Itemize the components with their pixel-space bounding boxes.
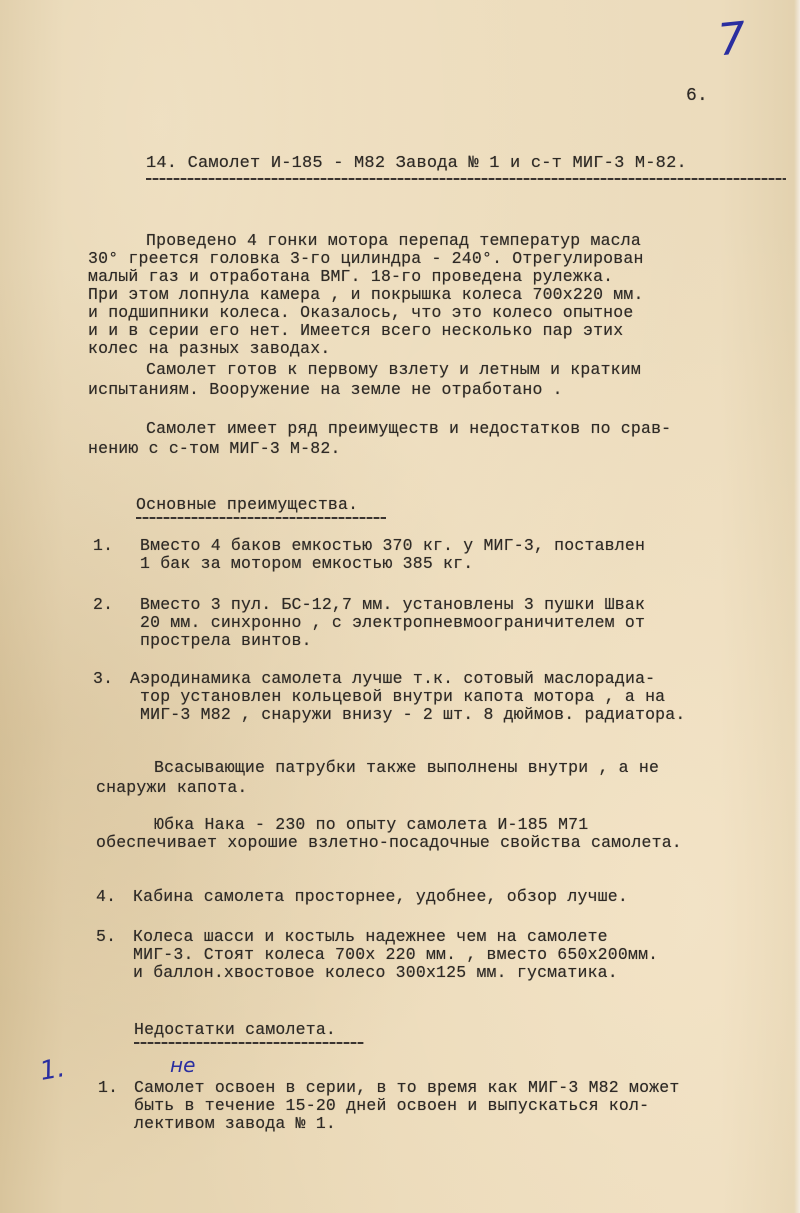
text-line: Самолет имеет ряд преимуществ и недостат… bbox=[146, 420, 671, 437]
handwritten-insertion-ne: не bbox=[170, 1053, 195, 1077]
text-line: и баллон.хвостовое колесо 300х125 мм. гу… bbox=[133, 964, 618, 981]
handwritten-margin-number: 1. bbox=[38, 1053, 68, 1087]
text-line: МИГ-3. Стоят колеса 700х 220 мм. , вмест… bbox=[133, 946, 658, 963]
text-line: 1 бак за мотором емкостью 385 кг. bbox=[140, 555, 473, 572]
text-line: Колеса шасси и костыль надежнее чем на с… bbox=[133, 928, 608, 945]
text-line: лективом завода № 1. bbox=[134, 1115, 336, 1132]
text-line: и подшипники колеса. Оказалось, что это … bbox=[88, 304, 634, 321]
disadvantages-heading-underline bbox=[134, 1042, 364, 1044]
page-edge bbox=[794, 0, 800, 1213]
text-line: 30° греется головка 3-го цилиндра - 240°… bbox=[88, 250, 644, 267]
item-number: 2. bbox=[93, 596, 113, 613]
text-line: тор установлен кольцевой внутри капота м… bbox=[140, 688, 665, 705]
text-line: колес на разных заводах. bbox=[88, 340, 330, 357]
text-line: При этом лопнула камера , и покрышка кол… bbox=[88, 286, 644, 303]
text-line: Проведено 4 гонки мотора перепад темпера… bbox=[146, 232, 641, 249]
document-title: 14. Самолет И-185 - М82 Завода № 1 и с-т… bbox=[146, 155, 687, 172]
text-line: испытаниям. Вооружение на земле не отраб… bbox=[88, 381, 563, 398]
text-line: нению с с-том МИГ-3 М-82. bbox=[88, 440, 341, 457]
item-number: 5. bbox=[96, 928, 116, 945]
text-line: МИГ-3 М82 , снаружи внизу - 2 шт. 8 дюйм… bbox=[140, 706, 686, 723]
text-line: 20 мм. синхронно , с электропневмоограни… bbox=[140, 614, 645, 631]
text-line: Всасывающие патрубки также выполнены вну… bbox=[154, 759, 659, 776]
text-line: Вместо 3 пул. БС-12,7 мм. установлены 3 … bbox=[140, 596, 645, 613]
text-line: малый газ и отработана ВМГ. 18-го провед… bbox=[88, 268, 613, 285]
item-number: 3. bbox=[93, 670, 113, 687]
text-line: Самолет готов к первому взлету и летным … bbox=[146, 361, 641, 378]
typed-page-number: 6. bbox=[686, 88, 708, 105]
text-line: Юбка Нака - 230 по опыту самолета И-185 … bbox=[154, 816, 588, 833]
text-line: обеспечивает хорошие взлетно-посадочные … bbox=[96, 834, 682, 851]
text-line: снаружи капота. bbox=[96, 779, 248, 796]
advantages-heading-underline bbox=[136, 517, 386, 519]
text-line: Вместо 4 баков емкостью 370 кг. у МИГ-3,… bbox=[140, 537, 645, 554]
item-number: 1. bbox=[93, 537, 113, 554]
handwritten-page-number: 7 bbox=[715, 13, 748, 67]
text-line: Кабина самолета просторнее, удобнее, обз… bbox=[133, 888, 628, 905]
item-number: 4. bbox=[96, 888, 116, 905]
title-underline bbox=[146, 178, 786, 180]
advantages-heading: Основные преимущества. bbox=[136, 496, 358, 513]
text-line: Самолет освоен в серии, в то время как М… bbox=[134, 1079, 680, 1096]
item-number: 1. bbox=[98, 1079, 118, 1096]
text-line: быть в течение 15-20 дней освоен и выпус… bbox=[134, 1097, 649, 1114]
text-line: и и в серии его нет. Имеется всего неско… bbox=[88, 322, 623, 339]
text-line: Аэродинамика самолета лучше т.к. сотовый… bbox=[130, 670, 655, 687]
text-line: прострела винтов. bbox=[140, 632, 312, 649]
disadvantages-heading: Недостатки самолета. bbox=[134, 1021, 336, 1038]
